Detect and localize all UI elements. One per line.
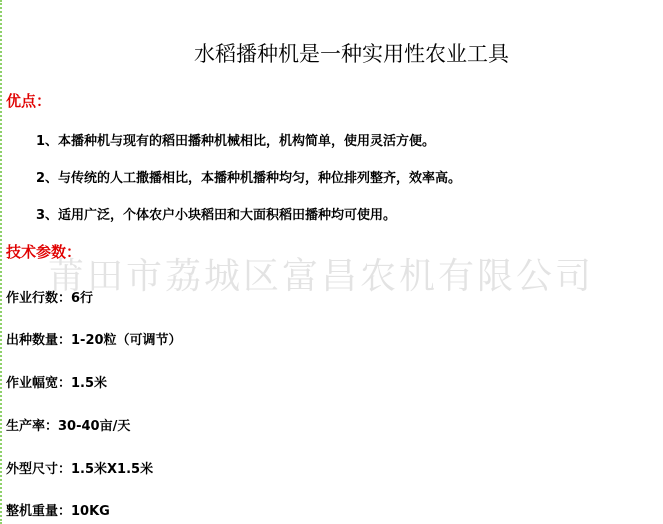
- specs-heading: 技术参数：: [6, 241, 81, 262]
- page-title: 水稻播种机是一种实用性农业工具: [194, 38, 509, 68]
- spec-dimensions: 外型尺寸：1.5米X1.5米: [6, 458, 153, 477]
- spec-seed-quantity: 出种数量：1-20粒（可调节）: [6, 329, 182, 348]
- left-dotted-border: [0, 0, 2, 524]
- advantage-item-2: 2、与传统的人工撒播相比，本播种机播种均匀，种位排列整齐，效率高。: [36, 167, 461, 186]
- company-watermark: 莆田市荔城区富昌农机有限公司: [48, 248, 594, 299]
- advantage-item-1: 1、本播种机与现有的稻田播种机械相比，机构简单，使用灵活方便。: [36, 130, 435, 149]
- advantage-item-3: 3、适用广泛，个体农户小块稻田和大面积稻田播种均可使用。: [36, 204, 396, 223]
- spec-productivity: 生产率：30-40亩/天: [6, 415, 130, 434]
- advantages-heading: 优点：: [6, 90, 51, 111]
- spec-rows: 作业行数：6行: [6, 287, 93, 306]
- spec-weight: 整机重量：10KG: [6, 500, 110, 519]
- spec-working-width: 作业幅宽：1.5米: [6, 372, 107, 391]
